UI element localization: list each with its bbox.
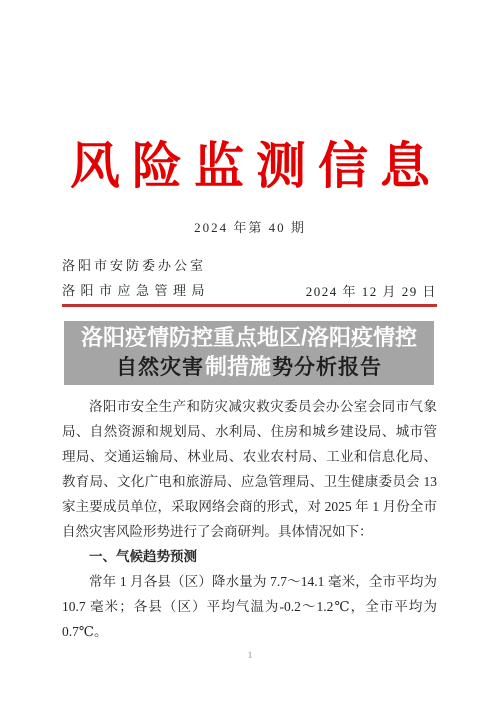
watermark-overlay-line-1: 洛阳疫情防控重点地区/洛阳疫情控 [64, 323, 434, 352]
red-divider-rule [62, 304, 437, 307]
page-title: 风险监测信息 [0, 134, 500, 198]
paragraph-climate-forecast: 常年 1 月各县（区）降水量为 7.7～14.1 毫米，全市平均为 10.7 毫… [62, 569, 437, 644]
watermark-overlay-line-2: 制措施 [205, 352, 271, 382]
section-heading-climate-forecast: 一、气候趋势预测 [62, 544, 437, 569]
document-body: 洛阳市安全生产和防灾减灾救灾委员会办公室会同市气象局、自然资源和规划局、水利局、… [62, 394, 437, 644]
report-title-left: 自然灾害 [116, 352, 204, 382]
page-number: 1 [0, 649, 500, 661]
report-title-right: 势分析报告 [272, 352, 382, 382]
sender-org-1: 洛阳市安防委办公室 [62, 253, 437, 278]
sender-block: 洛阳市安防委办公室 洛阳市应急管理局 2024 年 12 月 29 日 [62, 253, 437, 304]
issue-date: 2024 年 12 月 29 日 [306, 279, 437, 304]
report-title-banner: 洛阳疫情防控重点地区/洛阳疫情控 自然灾害 制措施 势分析报告 [64, 321, 434, 385]
paragraph-intro: 洛阳市安全生产和防灾减灾救灾委员会办公室会同市气象局、自然资源和规划局、水利局、… [62, 394, 437, 544]
issue-number: 2024 年第 40 期 [0, 219, 500, 237]
document-page: 风险监测信息 2024 年第 40 期 洛阳市安防委办公室 洛阳市应急管理局 2… [0, 0, 500, 707]
report-title-line: 自然灾害 制措施 势分析报告 [64, 352, 434, 382]
